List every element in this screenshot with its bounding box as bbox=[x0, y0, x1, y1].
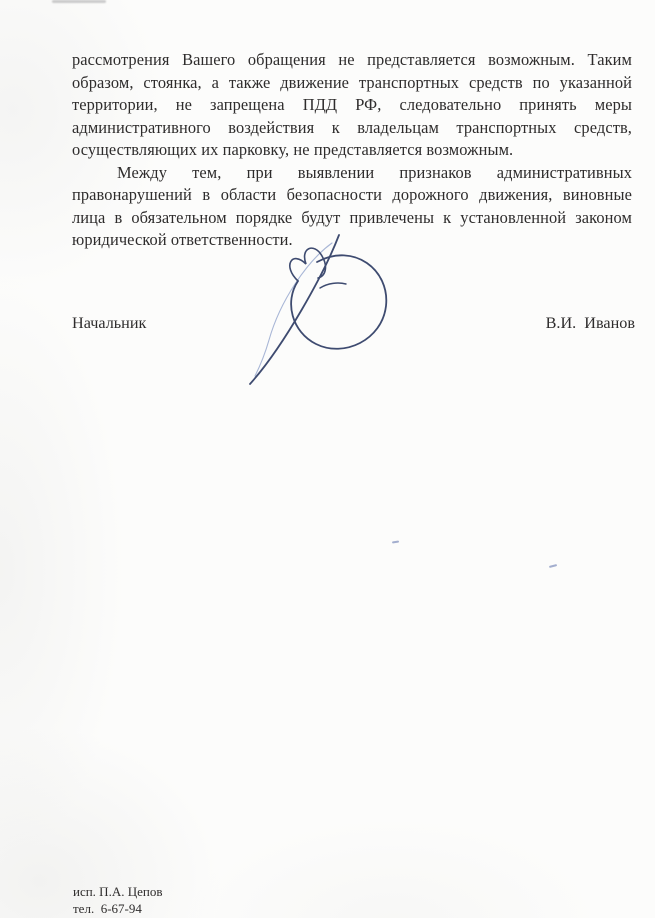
text-line: территории, не запрещена ПДД РФ, следова… bbox=[72, 94, 632, 117]
text-line: рассмотрения Вашего обращения не предста… bbox=[72, 49, 632, 72]
text-line: правонарушений в области безопасности до… bbox=[72, 184, 632, 207]
signature-row: Начальник В.И. Иванов bbox=[72, 314, 635, 333]
text-line: административного воздействия к владельц… bbox=[72, 117, 632, 140]
ink-speck bbox=[549, 564, 557, 567]
executor-footer: исп. П.А. Цепов тел. 6-67-94 bbox=[73, 884, 162, 917]
executor-phone: тел. 6-67-94 bbox=[73, 901, 162, 918]
paragraph-1: рассмотрения Вашего обращения не предста… bbox=[72, 49, 632, 162]
letter-body: рассмотрения Вашего обращения не предста… bbox=[72, 49, 632, 252]
handwritten-signature bbox=[222, 226, 402, 398]
signatory-name: В.И. Иванов bbox=[546, 314, 635, 333]
text-line: осуществляющих их парковку, не представл… bbox=[72, 139, 632, 162]
executor-name: исп. П.А. Цепов bbox=[73, 884, 162, 901]
signatory-position-title: Начальник bbox=[72, 314, 146, 333]
ink-speck bbox=[392, 541, 399, 543]
text-line: Между тем, при выявлении признаков админ… bbox=[72, 162, 632, 185]
scanned-letter-page: рассмотрения Вашего обращения не предста… bbox=[0, 0, 655, 918]
text-line: образом, стоянка, а также движение транс… bbox=[72, 72, 632, 95]
scan-artifact-smudge bbox=[52, 0, 106, 3]
